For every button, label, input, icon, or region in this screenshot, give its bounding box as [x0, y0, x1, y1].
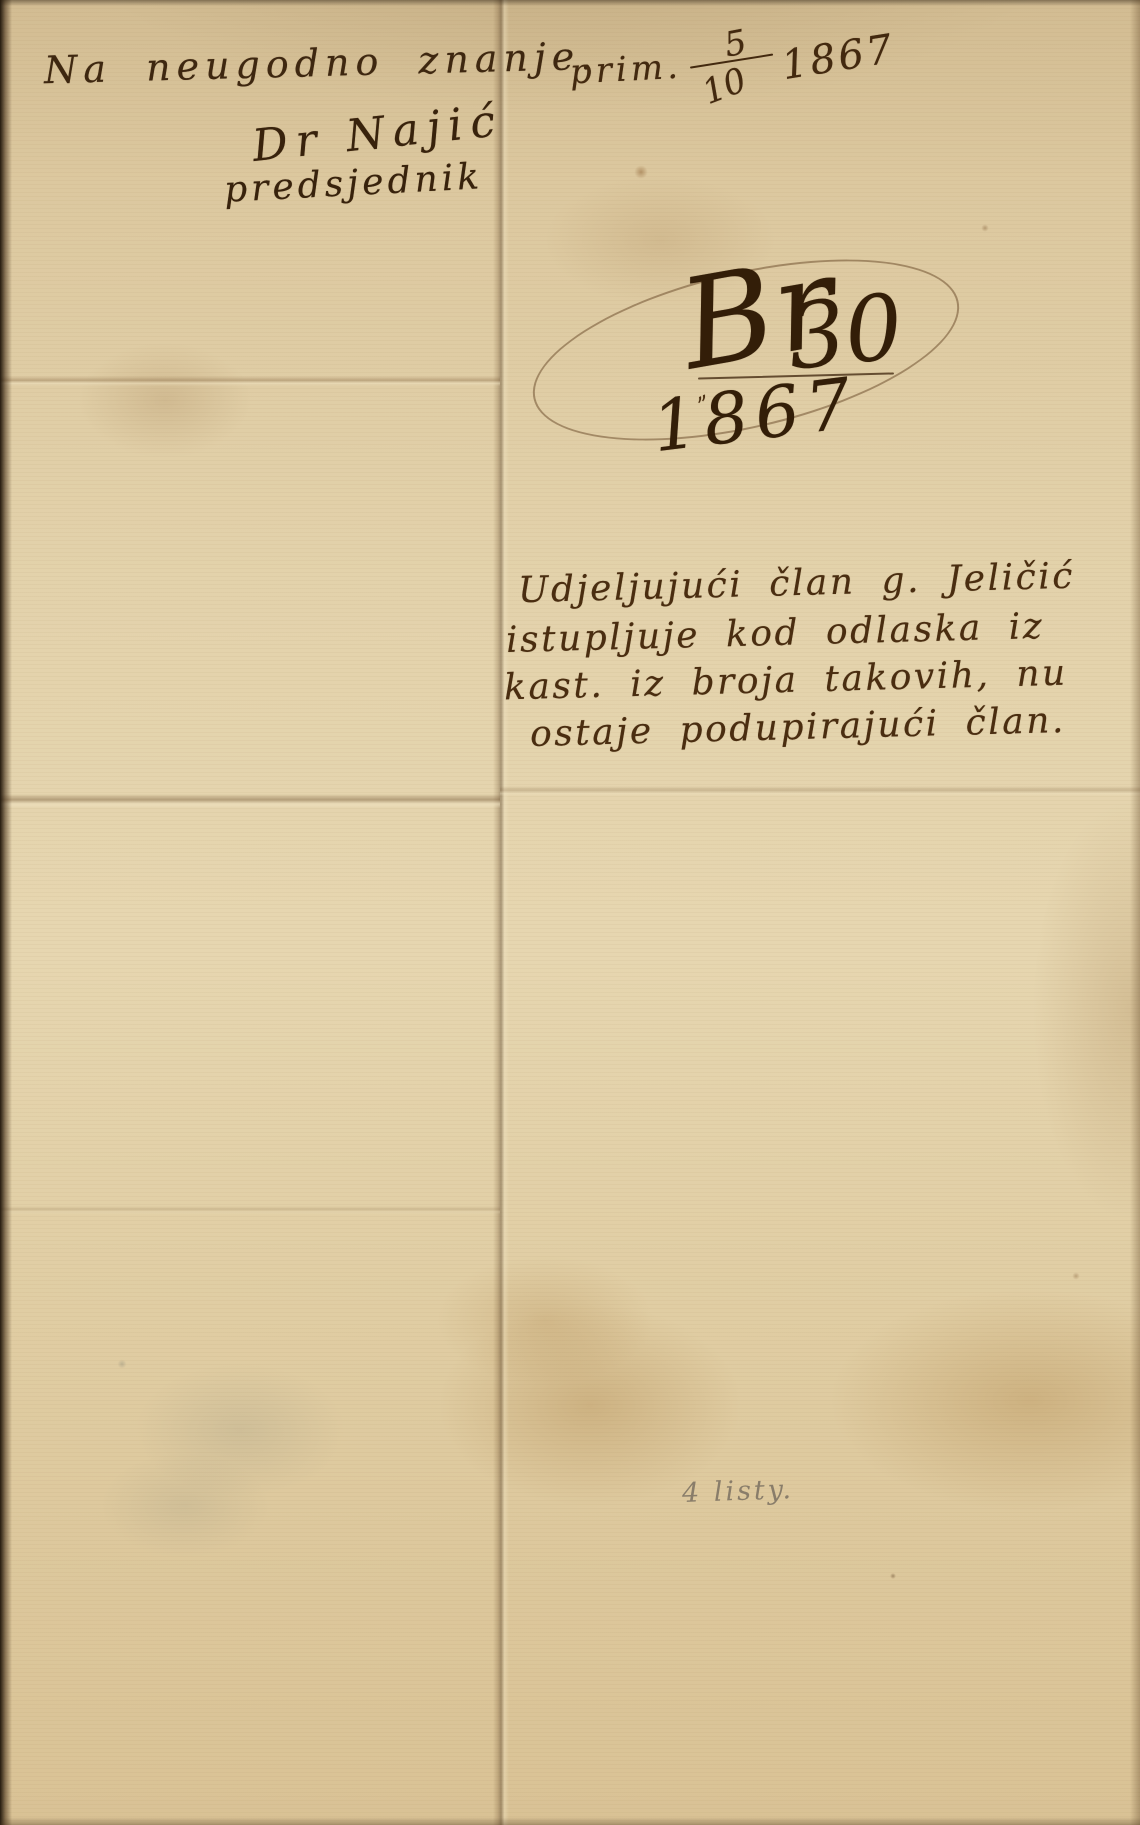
fold-crease-horizontal-middle-left [0, 794, 500, 808]
fold-crease-horizontal-upper [0, 376, 500, 386]
top-left-annotation: Na neugodno znanje. [44, 37, 599, 89]
sheet-edge-right [1130, 0, 1140, 1825]
body-line: Udjeljujući član g. Jeličić [518, 559, 1076, 610]
received-day-month-fraction: 5 10 [698, 24, 766, 113]
body-line: istupljuje kod odlaska iz [506, 609, 1045, 659]
sheet-edge-top [0, 0, 1140, 6]
sheet-edge-left [0, 0, 12, 1825]
paper-texture [0, 0, 1140, 1825]
sheet-edge-bottom [0, 1817, 1140, 1825]
fold-crease-vertical [493, 0, 509, 1825]
body-line: kast. iz broja takovih, nu [504, 656, 1068, 707]
fold-crease-horizontal-lower [0, 1206, 500, 1214]
paper-sheet: Na neugodno znanje. Dr Najić predsjednik… [0, 0, 1140, 1825]
pencil-note: 4 listy. [682, 1476, 795, 1507]
body-line: ostaje podupirajući član. [530, 703, 1067, 753]
received-month: 10 [697, 60, 752, 113]
fold-crease-horizontal-middle-right [500, 786, 1140, 796]
docket-year: 1867 [649, 368, 862, 463]
received-year: 1867 [779, 26, 899, 89]
received-date-group: prim. 5 10 1867 [568, 18, 898, 121]
received-label: prim. [569, 47, 683, 93]
